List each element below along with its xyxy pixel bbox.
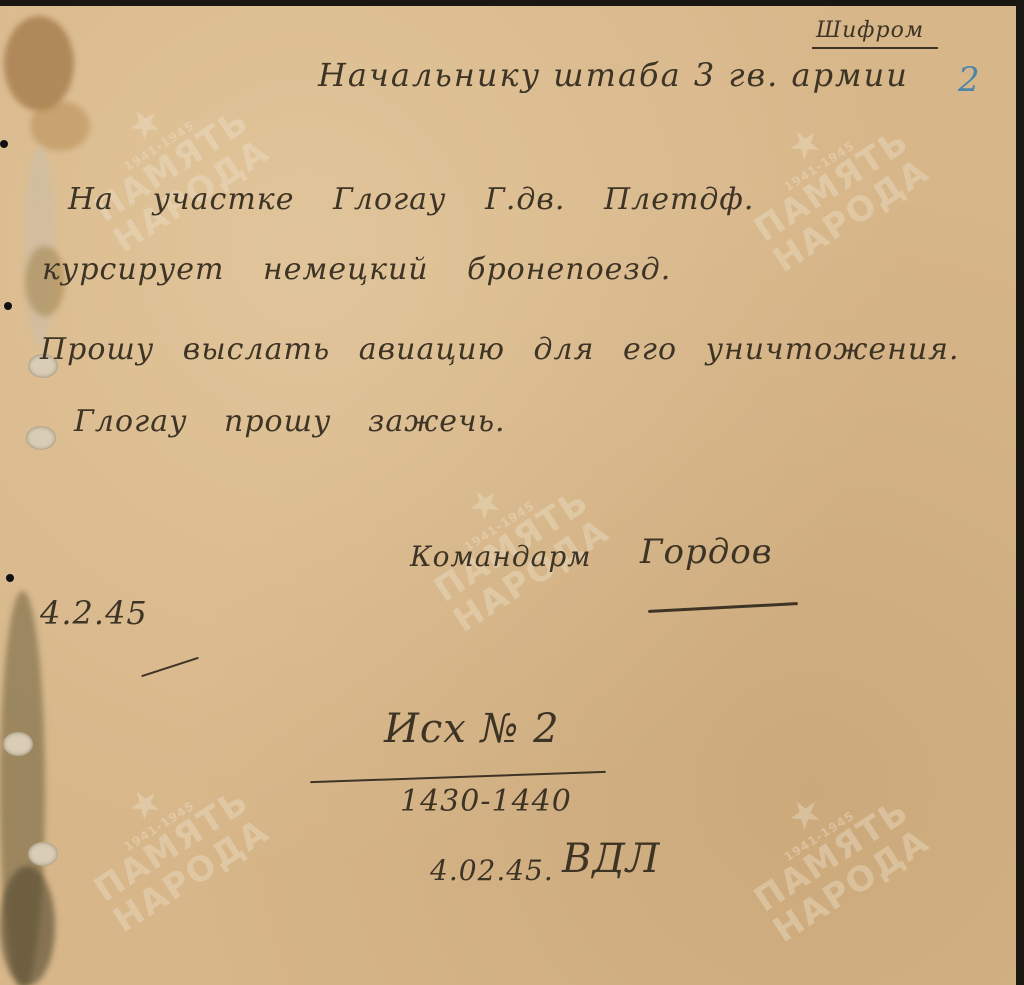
punch-hole	[26, 426, 56, 450]
ink-dot	[4, 302, 12, 310]
date-bottom: 4.02.45.	[430, 854, 554, 887]
document-page: ★ 1941-1945 ПАМЯТЬ НАРОДА ★ 1941-1945 ПА…	[0, 6, 1016, 985]
paper-stain	[4, 16, 74, 111]
ink-dot	[0, 140, 8, 148]
watermark: ★ 1941-1945 ПАМЯТЬ НАРОДА	[720, 79, 936, 279]
signature-underline	[648, 602, 798, 613]
cipher-mark: Шифром	[812, 18, 938, 49]
body-line-4: Глогау прошу зажечь.	[74, 404, 506, 439]
punch-hole	[3, 732, 33, 756]
signature-title: Командарм	[410, 540, 591, 573]
date-bracket	[141, 657, 199, 677]
date-left: 4.2.45	[40, 594, 148, 632]
addressee-line: Начальнику штаба 3 гв. армии	[318, 56, 909, 94]
punch-hole	[28, 842, 58, 866]
watermark: ★ 1941-1945 ПАМЯТЬ НАРОДА	[60, 59, 276, 259]
body-line-1: На участке Глогау Г.дв. Плетдф.	[68, 182, 754, 217]
blue-annotation: 2	[958, 60, 981, 100]
body-line-3: Прошу выслать авиацию для его уничтожени…	[40, 332, 960, 367]
ink-dot	[6, 574, 14, 582]
watermark: ★ 1941-1945 ПАМЯТЬ НАРОДА	[720, 749, 936, 949]
outgoing-number: Исх № 2	[384, 706, 560, 752]
time-range: 1430-1440	[400, 784, 572, 819]
body-line-2: курсирует немецкий бронепоезд.	[42, 252, 671, 287]
paper-stain	[0, 866, 55, 985]
bottom-initials: ВДЛ	[562, 836, 660, 882]
watermark: ★ 1941-1945 ПАМЯТЬ НАРОДА	[60, 739, 276, 939]
outgoing-divider	[310, 771, 606, 783]
signature-name: Гордов	[640, 532, 773, 572]
